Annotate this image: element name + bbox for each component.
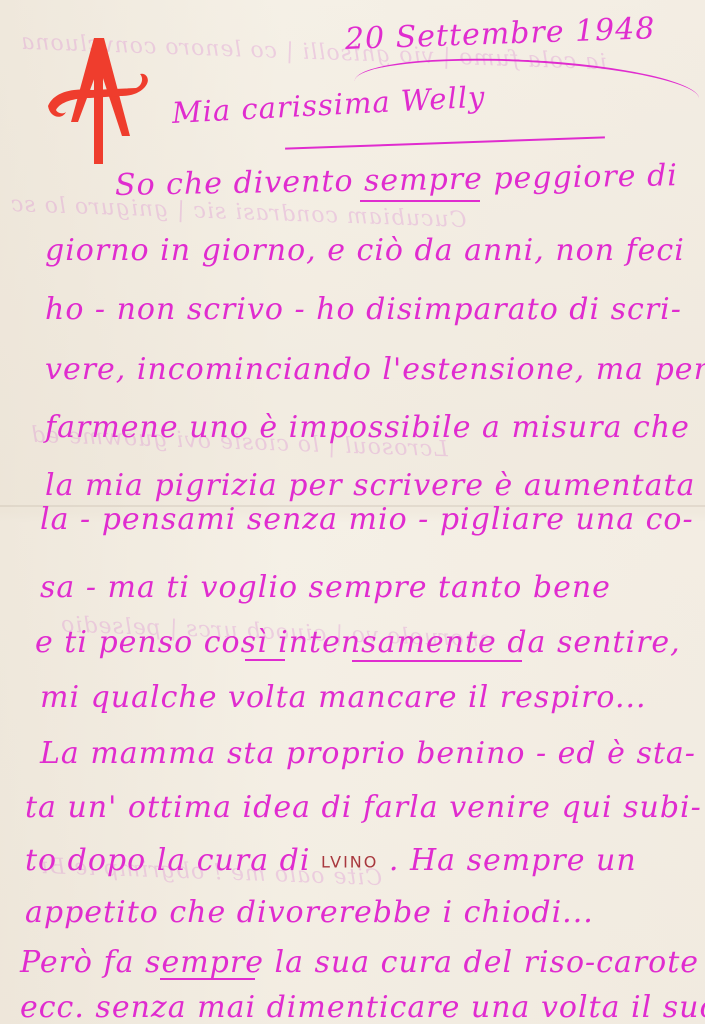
body-line-13-text: to dopo la cura di <box>25 843 310 878</box>
letterhead-monogram-icon <box>44 36 152 166</box>
body-line-11: La mamma sta proprio benino - ed è sta- <box>40 736 696 771</box>
body-line-9: e ti penso così intensamente da sentire, <box>35 625 681 660</box>
underline-sempre <box>360 200 480 202</box>
body-line-8: sa - ma ti voglio sempre tanto bene <box>40 570 611 605</box>
body-line-13: to dopo la cura di LVINO . Ha sempre un <box>25 843 637 878</box>
body-line-3: ho - non scrivo - ho disimparato di scri… <box>45 292 682 327</box>
underline-intensamente <box>352 660 522 662</box>
body-line-15: Però fa sempre la sua cura del riso-caro… <box>20 945 699 980</box>
underline-sempre-2 <box>160 978 255 980</box>
stamped-place-name: LVINO <box>321 853 378 872</box>
body-line-7: la - pensami senza mio - pigliare una co… <box>40 502 694 537</box>
body-line-4: vere, incominciando l'estensione, ma pen… <box>45 352 705 387</box>
body-line-16: ecc. senza mai dimenticare una volta il … <box>20 990 705 1024</box>
body-line-13-end: . Ha sempre un <box>389 843 637 878</box>
body-line-10: mi qualche volta mancare il respiro... <box>40 680 647 715</box>
body-line-6: la mia pigrizia per scrivere è aumentata <box>45 468 695 503</box>
body-line-5: farmene uno è impossibile a misura che <box>45 410 690 445</box>
body-line-2: giorno in giorno, e ciò da anni, non fec… <box>45 233 685 268</box>
body-line-12: ta un' ottima idea di farla venire qui s… <box>25 790 702 825</box>
underline-cosi <box>245 659 285 661</box>
body-line-14: appetito che divorerebbe i chiodi... <box>25 895 594 930</box>
